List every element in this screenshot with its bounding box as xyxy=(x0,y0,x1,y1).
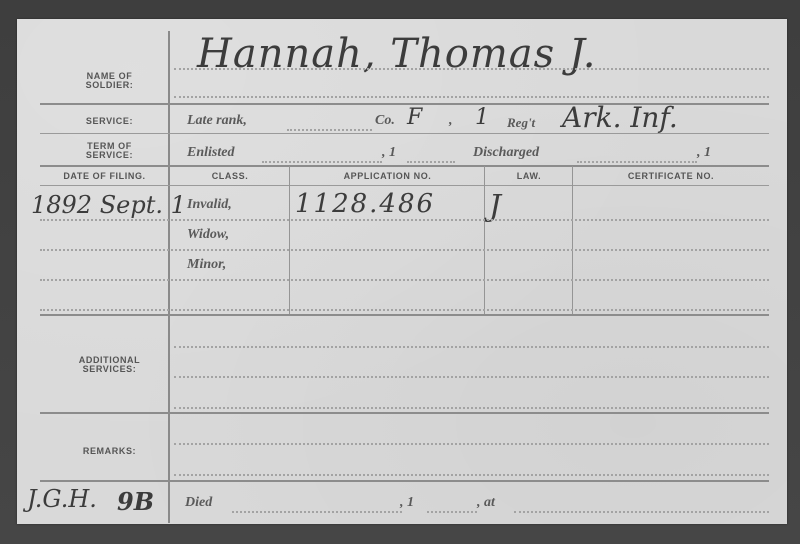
term-of-service-label: TERM OF SERVICE: xyxy=(57,142,162,160)
pension-index-card: NAME OF SOLDIER: Hannah, Thomas J. SERVI… xyxy=(17,19,787,524)
class-widow: Widow, xyxy=(187,227,229,243)
certificate-no-header: CERTIFICATE NO. xyxy=(573,172,769,181)
died-year-dots xyxy=(427,511,477,513)
service-label: SERVICE: xyxy=(57,117,162,126)
application-no-header: APPLICATION NO. xyxy=(290,172,485,181)
additional-bottom-rule xyxy=(40,412,769,414)
enlisted-dots xyxy=(262,161,382,163)
name-of-soldier-label: NAME OF SOLDIER: xyxy=(57,72,162,90)
class-col-divider xyxy=(289,166,290,316)
filing-date-value: 1892 Sept. 1 xyxy=(31,191,186,219)
additional-dots-1 xyxy=(174,346,769,348)
company-value: F xyxy=(407,105,422,130)
co-comma: , xyxy=(449,113,453,129)
class-invalid: Invalid, xyxy=(187,197,232,213)
additional-dots-2 xyxy=(174,376,769,378)
discharged-label: Discharged xyxy=(473,145,539,161)
enlisted-label: Enlisted xyxy=(187,145,234,161)
law-header: LAW. xyxy=(485,172,573,181)
row3-dots xyxy=(40,279,769,281)
remarks-dots-2 xyxy=(174,474,769,476)
clerk-initials: J.G.H. xyxy=(27,485,97,513)
service-row-bottom-rule xyxy=(40,133,769,134)
died-at-label: , at xyxy=(477,495,495,511)
table-header-bottom-rule xyxy=(40,185,769,186)
name-dotted-line-1 xyxy=(174,68,769,70)
discharged-dots xyxy=(577,161,697,163)
term-row-bottom-rule xyxy=(40,165,769,167)
co-label: Co. xyxy=(375,113,395,129)
additional-services-label: ADDITIONAL SERVICES: xyxy=(57,356,162,374)
application-number-value: 1128.486 xyxy=(295,189,435,219)
table-bottom-rule xyxy=(40,314,769,316)
law-col-divider xyxy=(572,166,573,316)
row1-dots xyxy=(40,219,769,221)
date-of-filing-header: DATE OF FILING. xyxy=(42,172,167,181)
remarks-dots-1 xyxy=(174,443,769,445)
died-dots xyxy=(232,511,402,513)
clerk-mark: 9B xyxy=(117,487,154,516)
additional-dots-3 xyxy=(174,407,769,409)
class-header: CLASS. xyxy=(170,172,290,181)
discharged-year-prefix: , 1 xyxy=(697,145,711,161)
died-label: Died xyxy=(185,495,212,511)
enlisted-year-prefix: , 1 xyxy=(382,145,396,161)
died-place-dots xyxy=(514,511,769,513)
regt-label: Reg't xyxy=(507,115,535,131)
remarks-label: REMARKS: xyxy=(57,447,162,456)
died-year-prefix: , 1 xyxy=(400,495,414,511)
regiment-state-value: Ark. Inf. xyxy=(562,101,678,134)
application-col-divider xyxy=(484,166,485,316)
late-rank-label: Late rank, xyxy=(187,113,247,129)
enlisted-year-dots xyxy=(407,161,455,163)
remarks-bottom-rule xyxy=(40,480,769,482)
late-rank-dots xyxy=(287,129,372,131)
row2-dots xyxy=(40,249,769,251)
regiment-number-value: 1 xyxy=(475,105,489,130)
row4-dots xyxy=(40,309,769,311)
soldier-name-value: Hannah, Thomas J. xyxy=(197,31,596,77)
name-dotted-line-2 xyxy=(174,96,769,98)
class-minor: Minor, xyxy=(187,257,226,273)
